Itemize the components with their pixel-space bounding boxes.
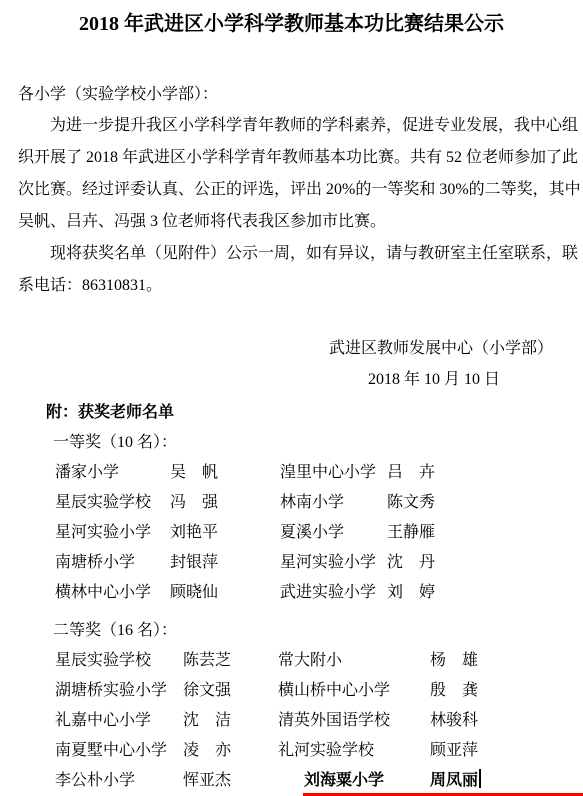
- school-cell: 南塘桥小学: [55, 548, 170, 578]
- first-prize-list: 潘家小学 吴 帆 湟里中心小学 吕 卉 星辰实验学校 冯 强 林南小学 陈文秀 …: [0, 458, 583, 608]
- school-cell: 星河实验小学: [55, 518, 170, 548]
- school-cell: 潘家小学: [55, 458, 170, 488]
- teacher-name: 周凤丽: [430, 772, 478, 789]
- teacher-cell: 殷 龚: [430, 676, 581, 706]
- award-row: 星辰实验学校 冯 强 林南小学 陈文秀: [55, 488, 581, 518]
- school-cell: 林南小学: [280, 488, 387, 518]
- teacher-cell: 林骏科: [430, 706, 581, 736]
- school-cell: 李公朴小学: [55, 766, 183, 796]
- signature: 武进区教师发展中心（小学部）: [0, 337, 553, 361]
- school-cell-highlighted: 刘海粟小学: [278, 766, 430, 796]
- school-cell: 星河实验小学: [280, 548, 387, 578]
- award-row: 南夏墅中心小学 凌 亦 礼河实验学校 顾亚萍: [55, 736, 581, 766]
- teacher-cell: 沈 丹: [387, 548, 581, 578]
- teacher-cell: 杨 雄: [430, 646, 581, 676]
- school-cell: 南夏墅中心小学: [55, 736, 183, 766]
- school-cell: 横山桥中心小学: [278, 676, 430, 706]
- second-prize-list: 星辰实验学校 陈芸芝 常大附小 杨 雄 湖塘桥实验小学 徐文强 横山桥中心小学 …: [0, 646, 583, 796]
- school-cell: 礼嘉中心小学: [55, 706, 183, 736]
- paragraph-line: 织开展了 2018 年武进区小学科学青年教师基本功比赛。共有 52 位老师参加了…: [18, 142, 570, 174]
- teacher-cell: 凌 亦: [183, 736, 278, 766]
- teacher-cell: 陈芸芝: [183, 646, 278, 676]
- teacher-cell: 顾亚萍: [430, 736, 581, 766]
- teacher-cell: 冯 强: [170, 488, 280, 518]
- school-cell: 星辰实验学校: [55, 646, 183, 676]
- teacher-cell: 陈文秀: [387, 488, 581, 518]
- teacher-cell: 刘 婷: [387, 578, 581, 608]
- teacher-cell: 刘艳平: [170, 518, 280, 548]
- school-cell: 武进实验小学: [280, 578, 387, 608]
- award-row: 湖塘桥实验小学 徐文强 横山桥中心小学 殷 龚: [55, 676, 581, 706]
- award-row: 星辰实验学校 陈芸芝 常大附小 杨 雄: [55, 646, 581, 676]
- paragraph-line: 吴帆、吕卉、冯强 3 位老师将代表我区参加市比赛。: [18, 206, 570, 238]
- page-title: 2018 年武进区小学科学教师基本功比赛结果公示: [0, 7, 583, 36]
- school-cell: 横林中心小学: [55, 578, 170, 608]
- award-row-highlighted: 李公朴小学 恽亚杰 刘海粟小学 周凤丽: [55, 766, 581, 796]
- award-row: 礼嘉中心小学 沈 洁 清英外国语学校 林骏科: [55, 706, 581, 736]
- text-cursor: [479, 769, 481, 788]
- paragraph-line: 现将获奖名单（见附件）公示一周，如有异议，请与教研室主任室联系，联: [18, 238, 570, 270]
- school-cell: 夏溪小学: [280, 518, 387, 548]
- award-row: 南塘桥小学 封银萍 星河实验小学 沈 丹: [55, 548, 581, 578]
- teacher-cell: 顾晓仙: [170, 578, 280, 608]
- school-cell: 清英外国语学校: [278, 706, 430, 736]
- teacher-cell: 徐文强: [183, 676, 278, 706]
- body-paragraphs: 为进一步提升我区小学科学青年教师的学科素养，促进专业发展，我中心组 织开展了 2…: [18, 110, 570, 302]
- award-row: 横林中心小学 顾晓仙 武进实验小学 刘 婷: [55, 578, 581, 608]
- school-cell: 星辰实验学校: [55, 488, 170, 518]
- award-row: 星河实验小学 刘艳平 夏溪小学 王静雁: [55, 518, 581, 548]
- teacher-cell: 吕 卉: [387, 458, 581, 488]
- teacher-cell: 王静雁: [387, 518, 581, 548]
- school-cell: 常大附小: [278, 646, 430, 676]
- first-prize-heading: 一等奖（10 名）：: [53, 428, 583, 458]
- document-page: 2018 年武进区小学科学教师基本功比赛结果公示 各小学（实验学校小学部）： 为…: [0, 0, 583, 796]
- attachment-section: 附：获奖老师名单 一等奖（10 名）： 潘家小学 吴 帆 湟里中心小学 吕 卉 …: [0, 398, 583, 796]
- teacher-cell-highlighted: 周凤丽: [430, 766, 581, 796]
- second-prize-heading: 二等奖（16 名）：: [53, 616, 583, 646]
- school-cell: 湟里中心小学: [280, 458, 387, 488]
- salutation: 各小学（实验学校小学部）：: [18, 84, 218, 106]
- school-cell: 礼河实验学校: [278, 736, 430, 766]
- teacher-cell: 恽亚杰: [183, 766, 278, 796]
- teacher-cell: 吴 帆: [170, 458, 280, 488]
- attachment-heading: 附：获奖老师名单: [46, 398, 583, 428]
- paragraph-line: 系电话：86310831。: [18, 270, 570, 302]
- teacher-cell: 沈 洁: [183, 706, 278, 736]
- school-cell: 湖塘桥实验小学: [55, 676, 183, 706]
- paragraph-line: 次比赛。经过评委认真、公正的评选，评出 20%的一等奖和 30%的二等奖，其中: [18, 174, 570, 206]
- date: 2018 年 10 月 10 日: [0, 368, 500, 392]
- award-row: 潘家小学 吴 帆 湟里中心小学 吕 卉: [55, 458, 581, 488]
- paragraph-line: 为进一步提升我区小学科学青年教师的学科素养，促进专业发展，我中心组: [18, 110, 570, 142]
- teacher-cell: 封银萍: [170, 548, 280, 578]
